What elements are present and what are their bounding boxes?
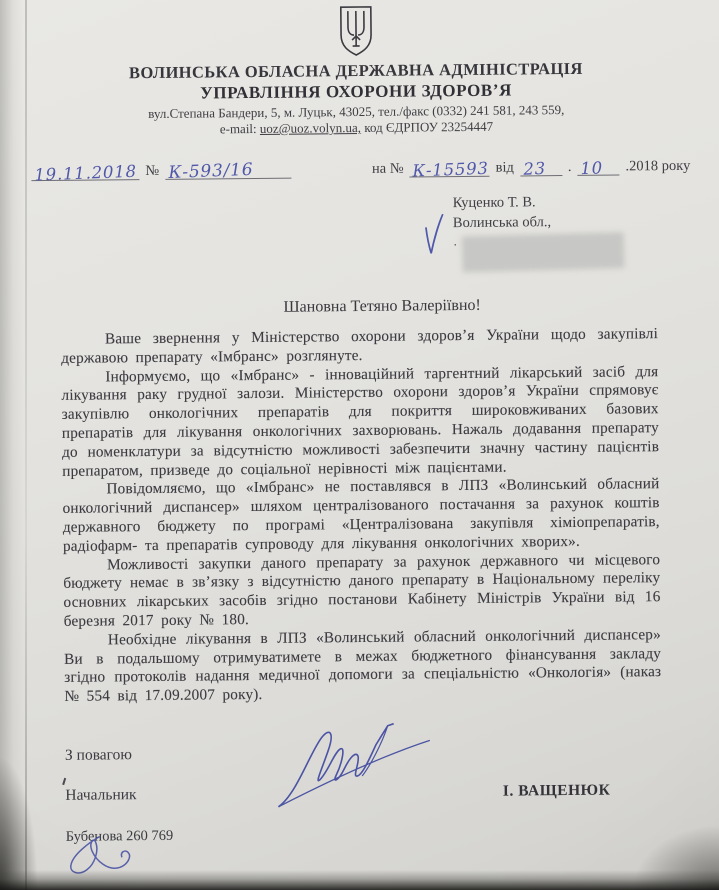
paragraph-3: Повідомляємо, що «Імбранс» не поставлявс… <box>62 475 660 556</box>
recipient-name: Куценко Т. В. <box>453 191 717 214</box>
incoming-number-blank: К-15593 <box>410 159 490 178</box>
recipient-region: Волинська обл., <box>453 211 717 234</box>
reference-row: 19.11.2018 № К-593/16 на № К-15593 від 2… <box>0 157 716 182</box>
signer-position: Начальник <box>65 786 136 805</box>
email-address: uoz@uoz.volyn.ua, <box>260 120 361 136</box>
main-signature-icon <box>270 721 436 818</box>
number-sign: № <box>145 163 159 180</box>
outgoing-reference: 19.11.2018 № К-593/16 <box>31 161 291 181</box>
incoming-day-handwritten: 23 <box>523 159 546 179</box>
incoming-month-handwritten: 10 <box>580 158 603 178</box>
paragraph-2: Інформуємо, що «Імбранс» - інноваційний … <box>61 363 659 482</box>
executor-initial-signature-icon <box>62 832 144 879</box>
salutation: Шановна Тетяно Валеріївно! <box>23 294 719 319</box>
incoming-prefix: на № <box>372 161 404 178</box>
date-dot: . <box>568 159 572 176</box>
redacted-address-blur <box>462 232 625 272</box>
recipient-block: Куценко Т. В. Волинська обл., · <box>453 191 718 272</box>
address-dot-mark: · <box>453 235 458 255</box>
edrpou-code: код ЄДРПОУ 23254447 <box>364 119 493 135</box>
pen-tick-mark <box>62 778 66 785</box>
executor-contact: Бубенова 260 769 <box>66 823 661 846</box>
paragraph-5: Необхідне лікування в ЛПЗ «Волинський об… <box>64 626 662 707</box>
letterhead: ВОЛИНСЬКА ОБЛАСНА ДЕРЖАВНА АДМІНІСТРАЦІЯ… <box>0 0 716 139</box>
outgoing-date-handwritten: 19.11.2018 <box>34 162 137 185</box>
closing-block: З повагою Начальник І. ВАЩЕНЮК Бубенова … <box>65 741 661 846</box>
checkmark-pen-icon <box>421 211 445 257</box>
outgoing-date-blank: 19.11.2018 <box>31 162 139 181</box>
incoming-day-blank: 23 <box>520 158 562 176</box>
letter-page: ВОЛИНСЬКА ОБЛАСНА ДЕРЖАВНА АДМІНІСТРАЦІЯ… <box>0 0 719 890</box>
paragraph-1: Ваше звернення у Міністерство охорони зд… <box>61 325 658 368</box>
email-label: e-mail: <box>220 121 257 136</box>
incoming-year-suffix: .2018 року <box>625 158 690 176</box>
signer-name: І. ВАЩЕНЮК <box>503 782 611 801</box>
scanned-letter-photo: ВОЛИНСЬКА ОБЛАСНА ДЕРЖАВНА АДМІНІСТРАЦІЯ… <box>0 0 719 890</box>
incoming-month-blank: 10 <box>577 157 619 175</box>
incoming-number-handwritten: К-15593 <box>412 159 489 181</box>
from-label: від <box>496 160 514 177</box>
incoming-reference: на № К-15593 від 23 . 10 .2018 року <box>372 157 691 178</box>
outgoing-number-handwritten: К-593/16 <box>168 160 254 183</box>
paragraph-4: Можливості закупки даного препарату за р… <box>63 551 661 632</box>
letter-body: Ваше звернення у Міністерство охорони зд… <box>0 325 719 708</box>
ukraine-trident-icon <box>331 5 380 59</box>
signer-position-label: Начальник <box>65 786 136 804</box>
outgoing-number-blank: К-593/16 <box>165 161 291 180</box>
recipient-address-row: · <box>453 233 717 272</box>
